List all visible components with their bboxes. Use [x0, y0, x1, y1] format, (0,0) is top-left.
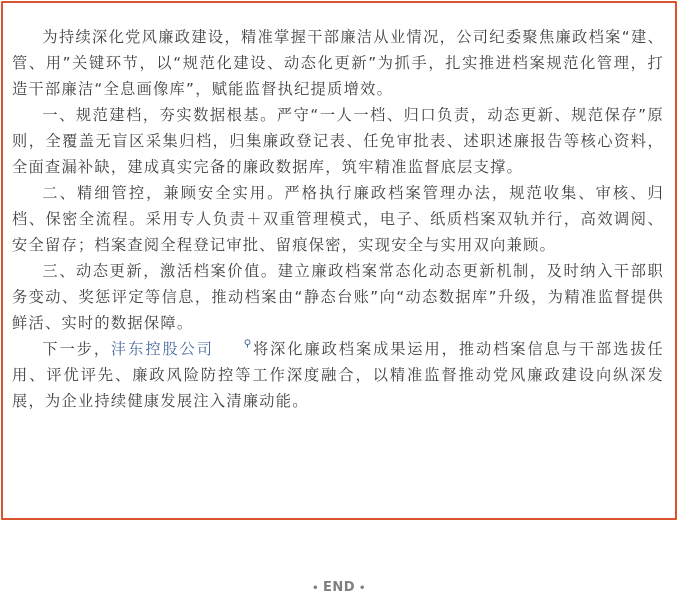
paragraph-section-2: 二、精细管控，兼顾安全实用。严格执行廉政档案管理办法，规范收集、审核、归档、保密… — [12, 180, 664, 258]
company-link-text[interactable]: 沣东控股公司 — [111, 340, 214, 358]
end-dot-left: • — [308, 583, 323, 594]
end-label: END — [323, 580, 355, 595]
paragraph-intro: 为持续深化党风廉政建设，精准掌握干部廉洁从业情况，公司纪委聚焦廉政档案“建、管、… — [12, 24, 664, 102]
search-icon[interactable] — [214, 339, 251, 351]
paragraph-section-3: 三、动态更新，激活档案价值。建立廉政档案常态化动态更新机制，及时纳入干部职务变动… — [12, 258, 664, 336]
end-marker: •END• — [0, 580, 678, 595]
paragraph-section-1: 一、规范建档，夯实数据根基。严守“一人一档、归口负责，动态更新、规范保存”原则，… — [12, 102, 664, 180]
end-dot-right: • — [355, 583, 370, 594]
closing-prefix: 下一步， — [42, 340, 111, 358]
article-body: 为持续深化党风廉政建设，精准掌握干部廉洁从业情况，公司纪委聚焦廉政档案“建、管、… — [12, 24, 664, 414]
paragraph-closing: 下一步，沣东控股公司将深化廉政档案成果运用，推动档案信息与干部选拔任用、评优评先… — [12, 336, 664, 414]
company-search-link[interactable]: 沣东控股公司 — [111, 340, 252, 358]
